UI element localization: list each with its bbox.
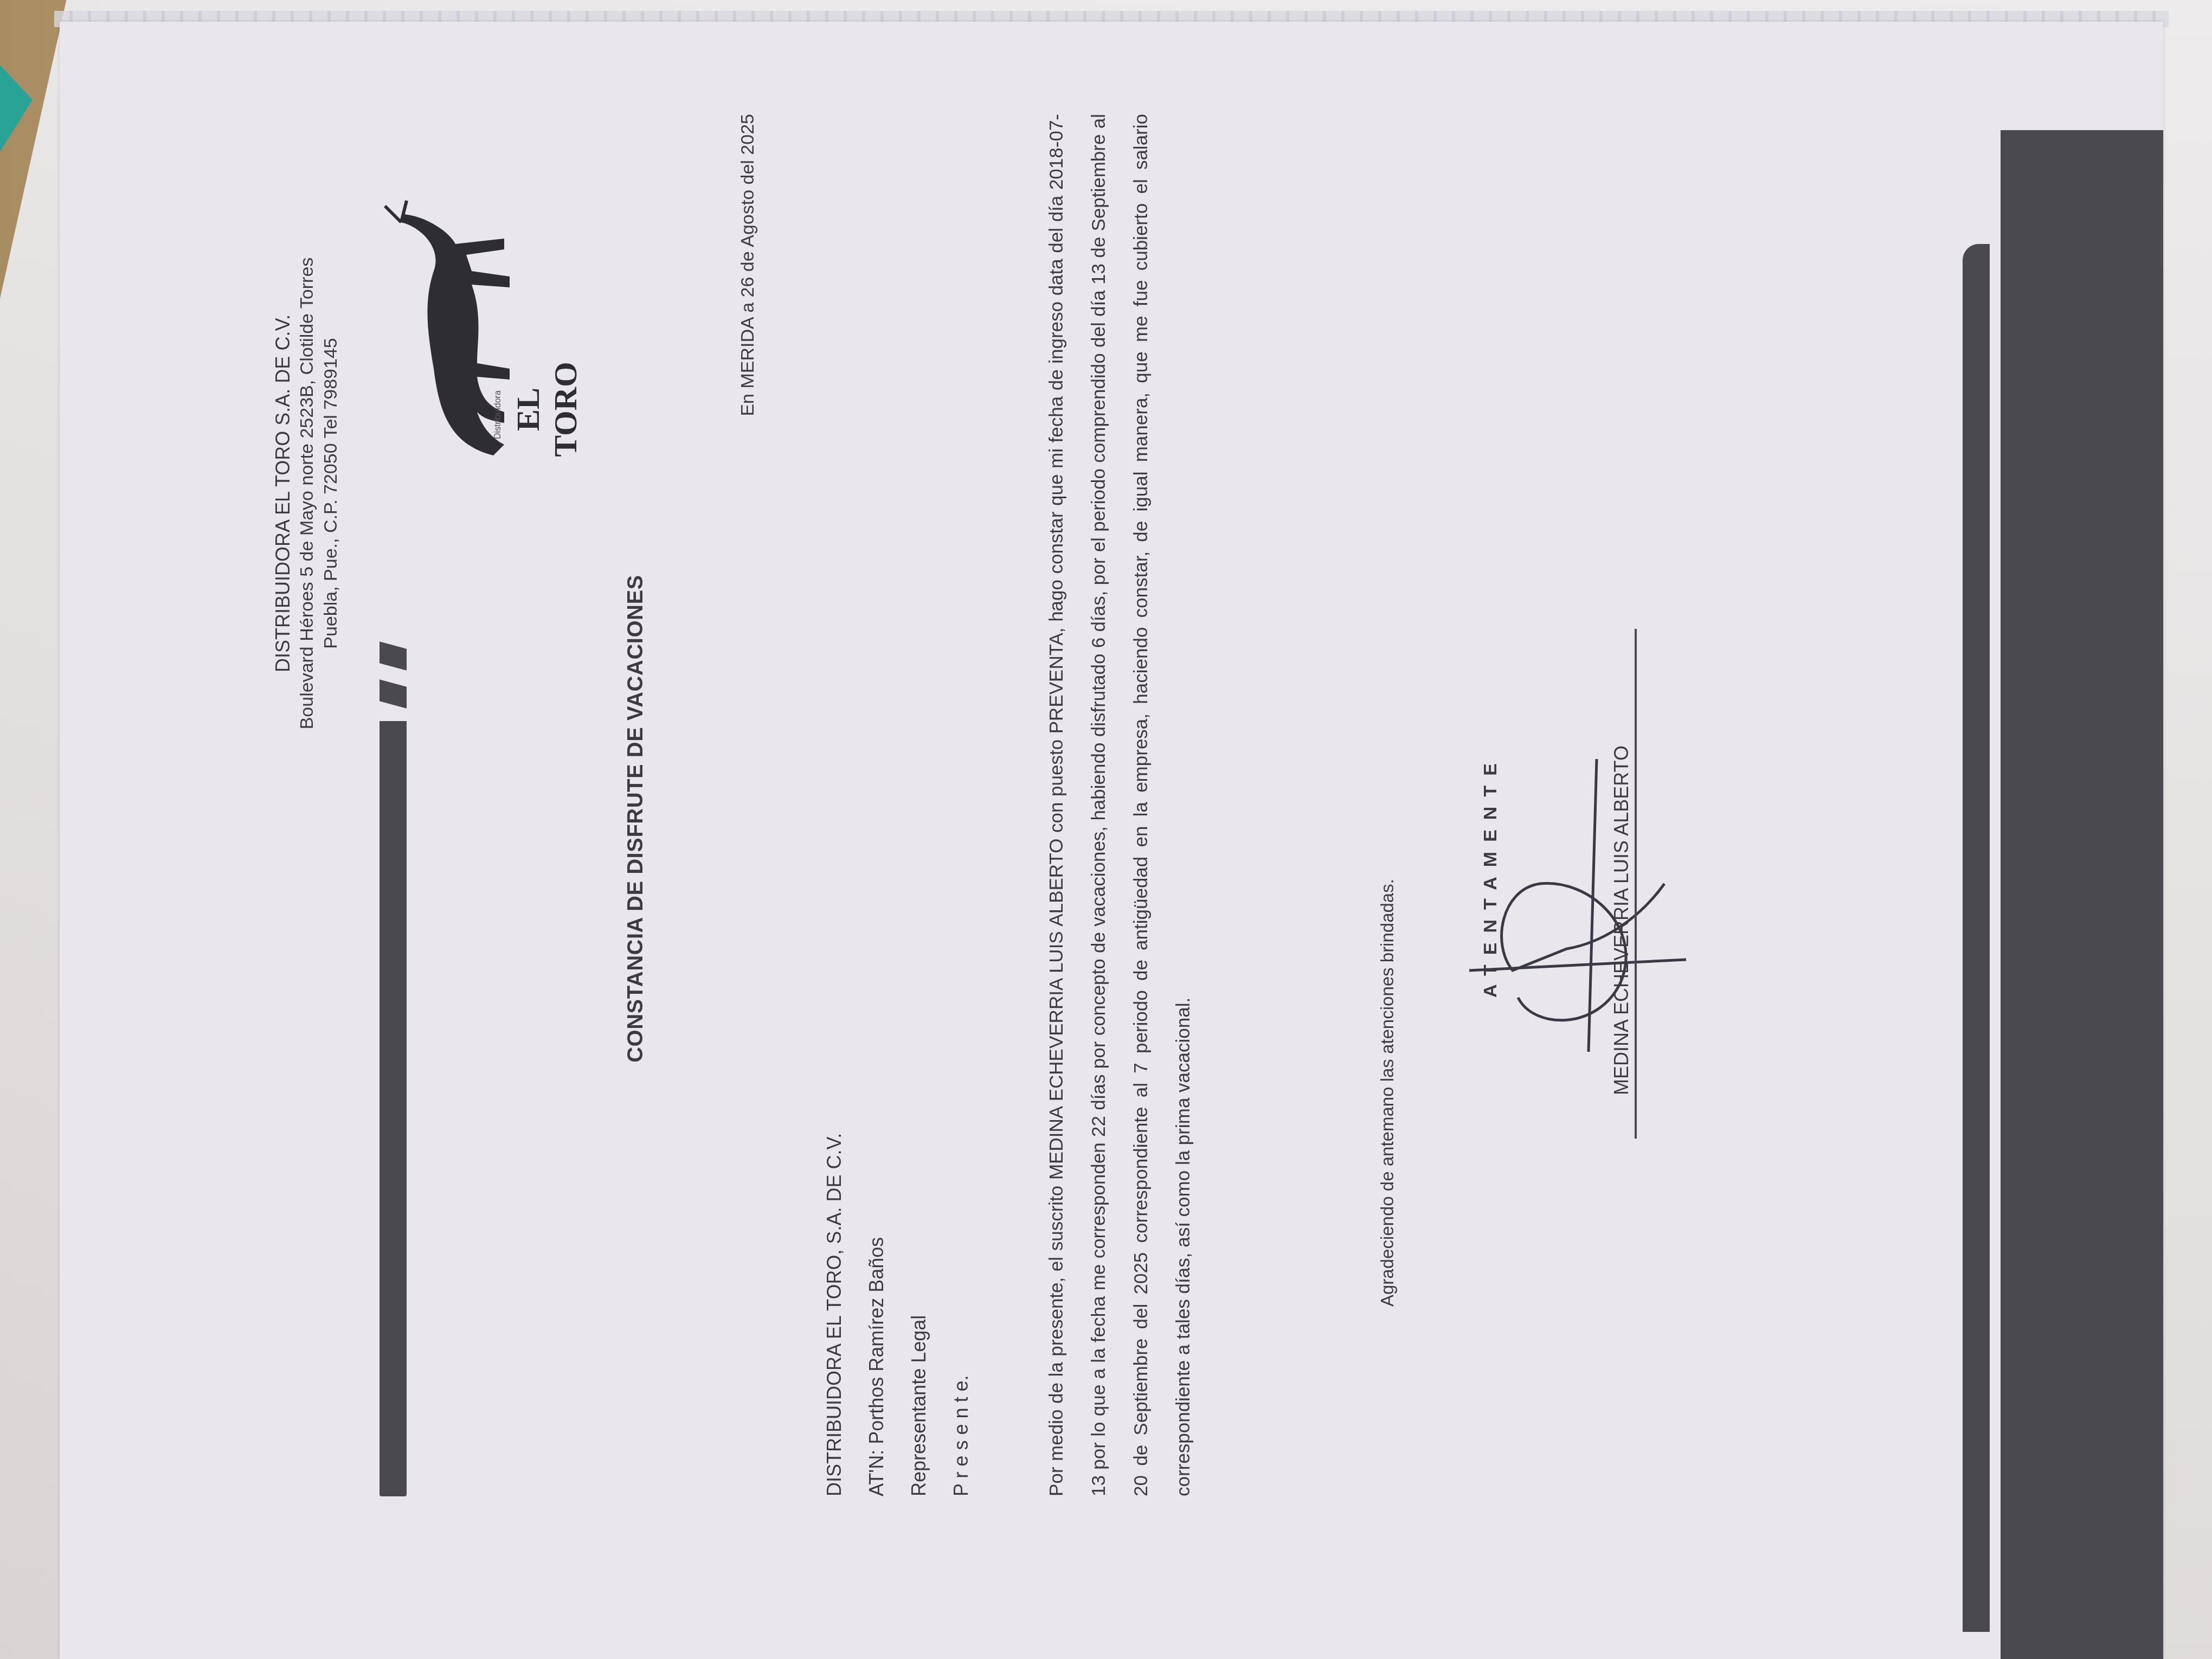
footer-bar-thick <box>2001 130 2163 1659</box>
footer-bar-thin <box>1963 244 1990 1632</box>
header-bar <box>380 721 407 1496</box>
recipient-role: Representante Legal <box>898 1133 940 1496</box>
thanks-line: Agradeciendo de antemano las atenciones … <box>1377 879 1398 1307</box>
signature-line <box>1635 629 1637 1139</box>
company-name: DISTRIBUIDORA EL TORO S.A. DE C.V. <box>271 141 295 846</box>
logo-subtitle: Distribuidora <box>493 390 503 439</box>
recipient-attention: AT'N: Porthos Ramírez Baños <box>856 1133 898 1496</box>
recipient-presente: P r e s e n t e. <box>940 1133 982 1496</box>
signatory-name: MEDINA ECHEVERRIA LUIS ALBERTO <box>1610 745 1633 1095</box>
company-city: Puebla, Pue., C.P. 72050 Tel 7989145 <box>319 141 343 846</box>
date-line: En MERIDA a 26 de Agosto del 2025 <box>737 114 758 737</box>
company-address: Boulevard Héroes 5 de Mayo norte 2523B, … <box>295 141 319 846</box>
document-title: CONSTANCIA DE DISFRUTE DE VACACIONES <box>623 466 648 1171</box>
logo-brand: EL TORO <box>510 342 584 477</box>
recipient-company: DISTRIBUIDORA EL TORO, S.A. DE C.V. <box>813 1133 856 1496</box>
company-header: DISTRIBUIDORA EL TORO S.A. DE C.V. Boule… <box>271 141 343 846</box>
page-content: DISTRIBUIDORA EL TORO S.A. DE C.V. Boule… <box>60 22 2163 1659</box>
handwritten-signature <box>1458 683 1697 1063</box>
document-page: DISTRIBUIDORA EL TORO S.A. DE C.V. Boule… <box>60 22 2163 1659</box>
header-accent-1 <box>380 679 407 708</box>
recipient-block: DISTRIBUIDORA EL TORO, S.A. DE C.V. AT'N… <box>813 1133 982 1496</box>
header-accent-2 <box>380 641 407 670</box>
body-paragraph: Por medio de la presente, el suscrito ME… <box>1036 114 1205 1496</box>
